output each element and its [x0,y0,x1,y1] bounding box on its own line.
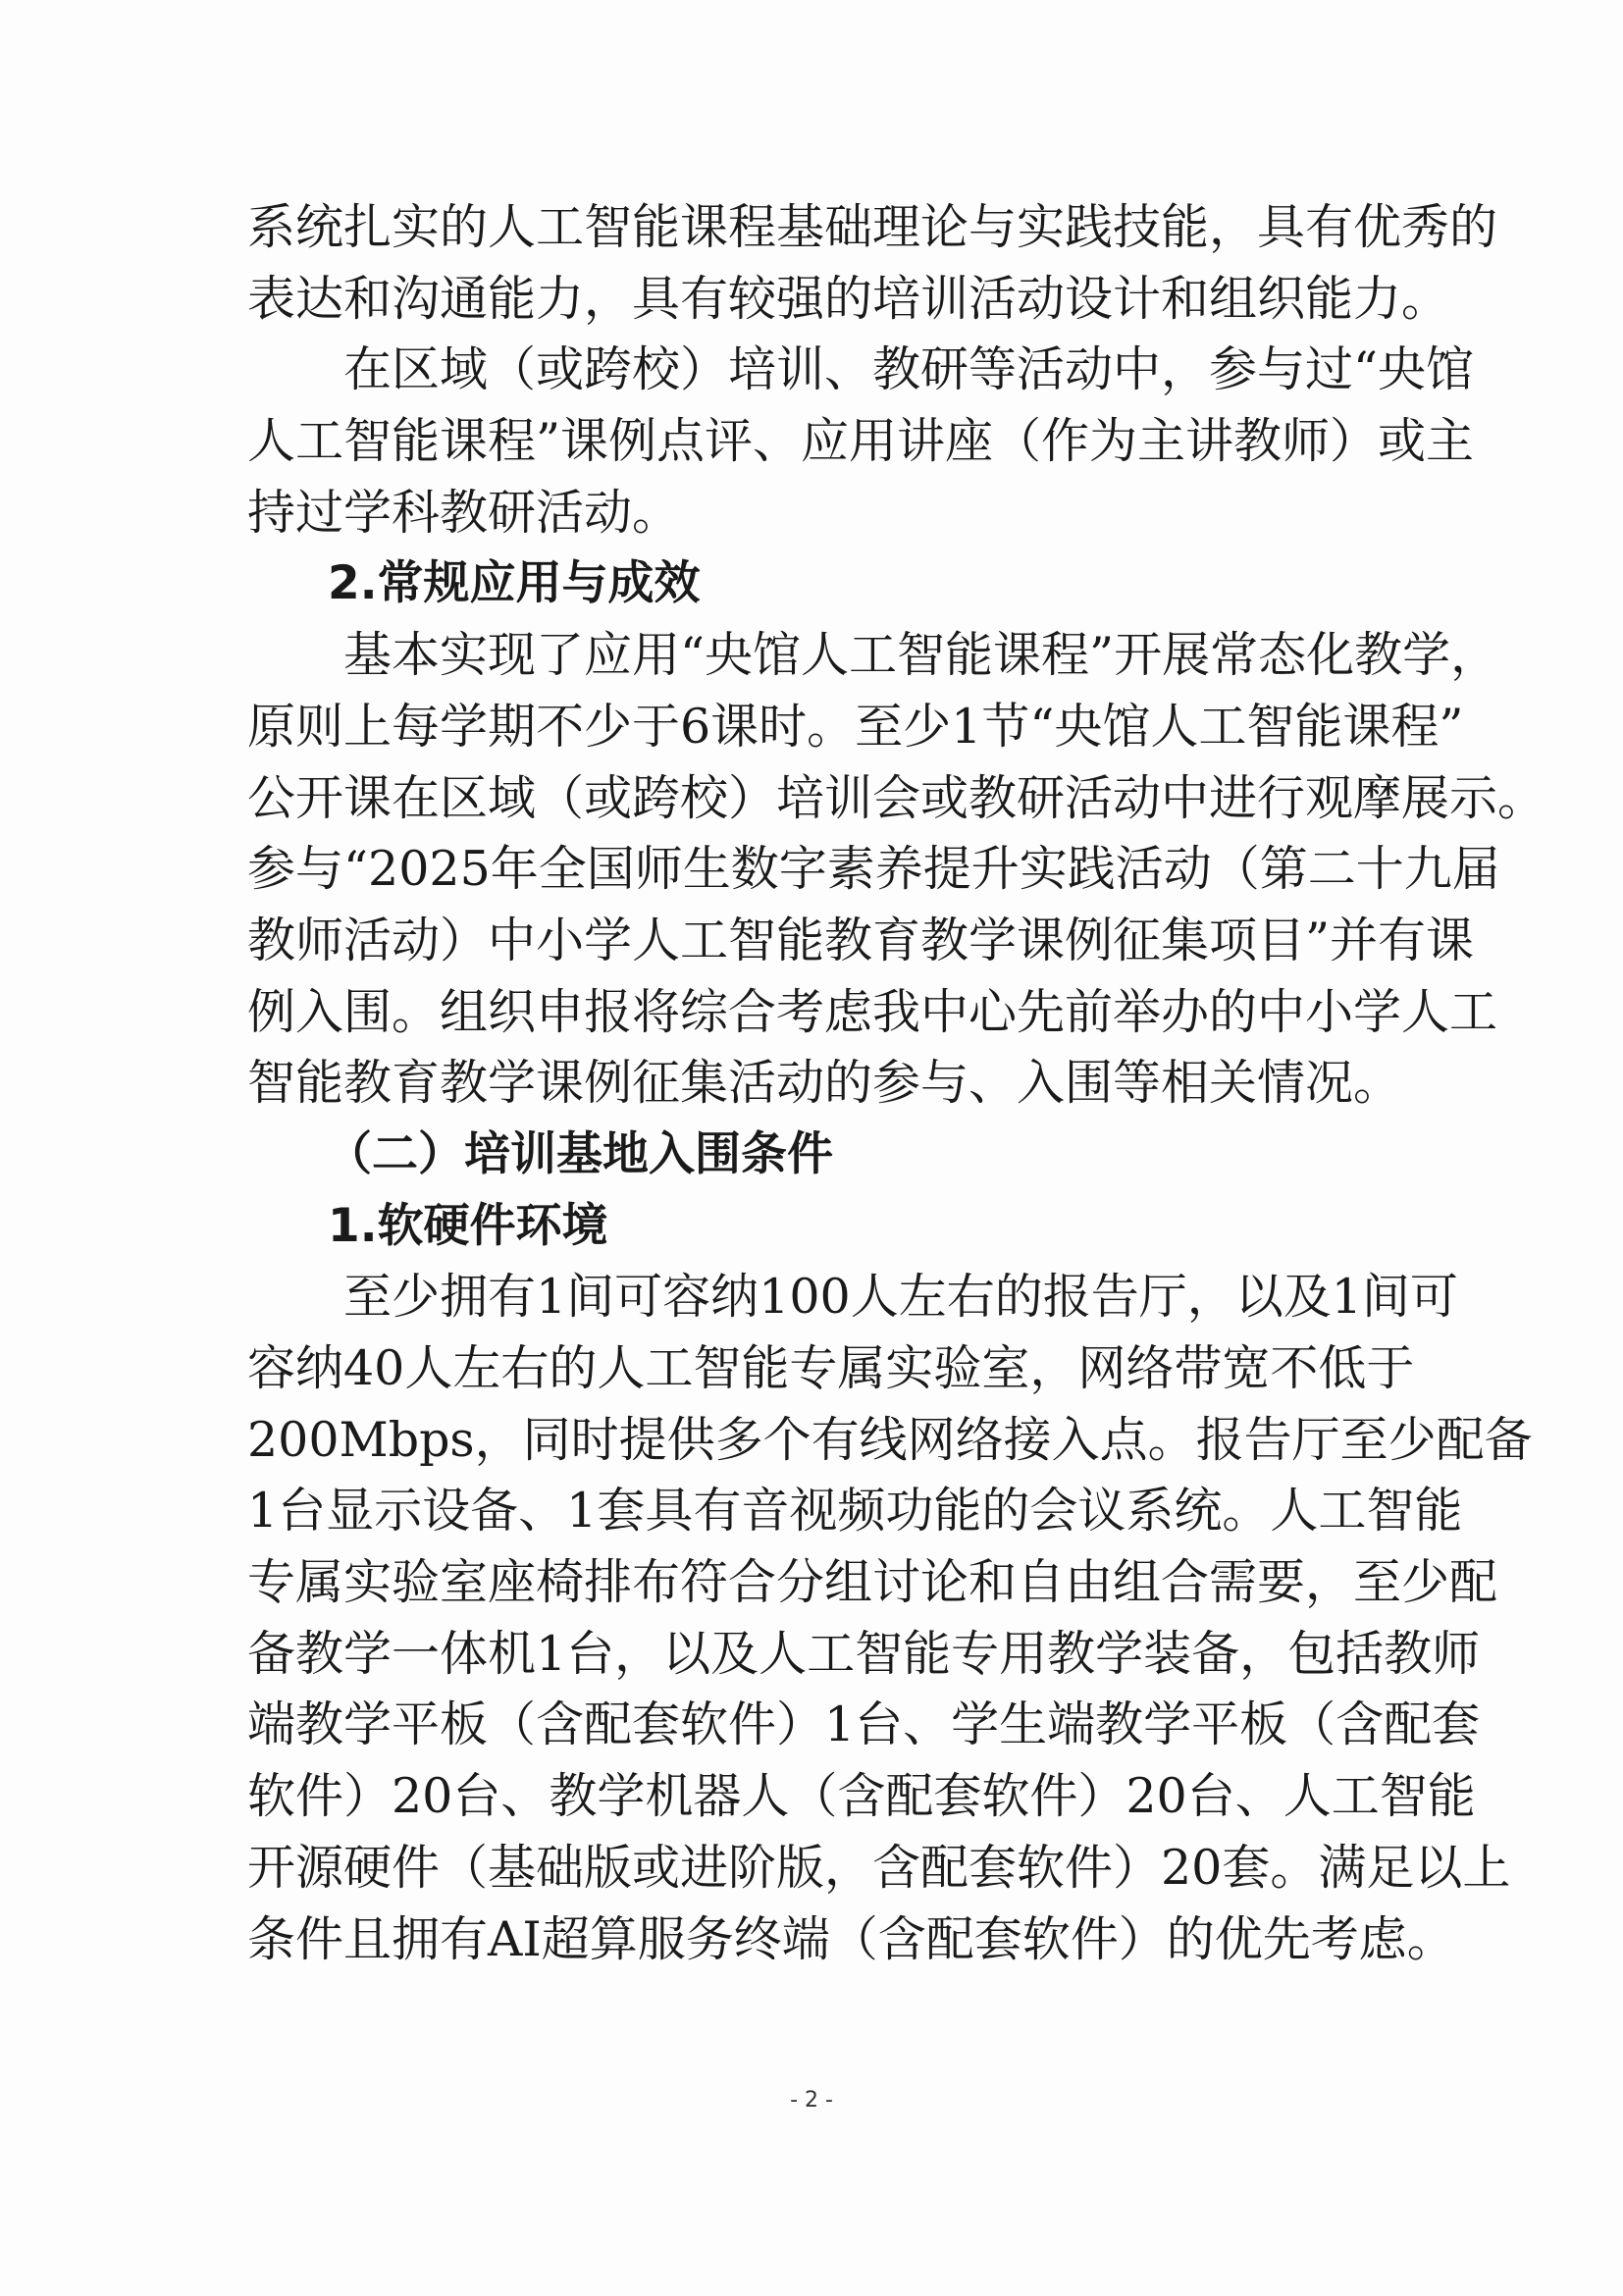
paragraph-line: 200Mbps，同时提供多个有线网络接入点。报告厅至少配备 [247,1405,1374,1477]
paragraph-line: 参与“2025年全国师生数字素养提升实践活动（第二十九届 [247,834,1374,906]
paragraph-line: 条件且拥有AI超算服务终端（含配套软件）的优先考虑。 [247,1905,1374,1976]
paragraph-line: 端教学平板（含配套软件）1台、学生端教学平板（含配套 [247,1690,1374,1761]
paragraph-line: 表达和沟通能力，具有较强的培训活动设计和组织能力。 [247,264,1374,336]
paragraph-line: 人工智能课程”课例点评、应用讲座（作为主讲教师）或主 [247,406,1374,478]
paragraph-line: 至少拥有1间可容纳100人左右的报告厅，以及1间可 [247,1262,1374,1333]
paragraph-line: 在区域（或跨校）培训、教研等活动中，参与过“央馆 [247,335,1374,406]
paragraph-line: 备教学一体机1台，以及人工智能专用教学装备，包括教师 [247,1619,1374,1691]
paragraph-line: 1台显示设备、1套具有音视频功能的会议系统。人工智能 [247,1476,1374,1547]
paragraph-line: 原则上每学期不少于6课时。至少1节“央馆人工智能课程” [247,692,1374,763]
paragraph-line: 智能教育教学课例征集活动的参与、入围等相关情况。 [247,1048,1374,1120]
paragraph-line: 软件）20台、教学机器人（含配套软件）20台、人工智能 [247,1761,1374,1833]
subsection-heading: 2.常规应用与成效 [247,548,1374,620]
paragraph-line: 持过学科教研活动。 [247,478,1374,549]
document-page: 系统扎实的人工智能课程基础理论与实践技能，具有优秀的 表达和沟通能力，具有较强的… [0,0,1623,2296]
paragraph-line: 系统扎实的人工智能课程基础理论与实践技能，具有优秀的 [247,192,1374,264]
paragraph-line: 专属实验室座椅排布符合分组讨论和自由组合需要，至少配 [247,1547,1374,1619]
section-heading: （二）培训基地入围条件 [247,1120,1374,1191]
paragraph-line: 开源硬件（基础版或进阶版，含配套软件）20套。满足以上 [247,1833,1374,1905]
paragraph-line: 容纳40人左右的人工智能专属实验室，网络带宽不低于 [247,1333,1374,1405]
page-number: - 2 - [0,2088,1623,2113]
document-body: 系统扎实的人工智能课程基础理论与实践技能，具有优秀的 表达和沟通能力，具有较强的… [247,192,1374,1975]
paragraph-line: 公开课在区域（或跨校）培训会或教研活动中进行观摩展示。 [247,763,1374,835]
paragraph-line: 教师活动）中小学人工智能教育教学课例征集项目”并有课 [247,906,1374,977]
paragraph-line: 例入围。组织申报将综合考虑我中心先前举办的中小学人工 [247,977,1374,1049]
paragraph-line: 基本实现了应用“央馆人工智能课程”开展常态化教学， [247,620,1374,692]
subsection-heading: 1.软硬件环境 [247,1191,1374,1263]
